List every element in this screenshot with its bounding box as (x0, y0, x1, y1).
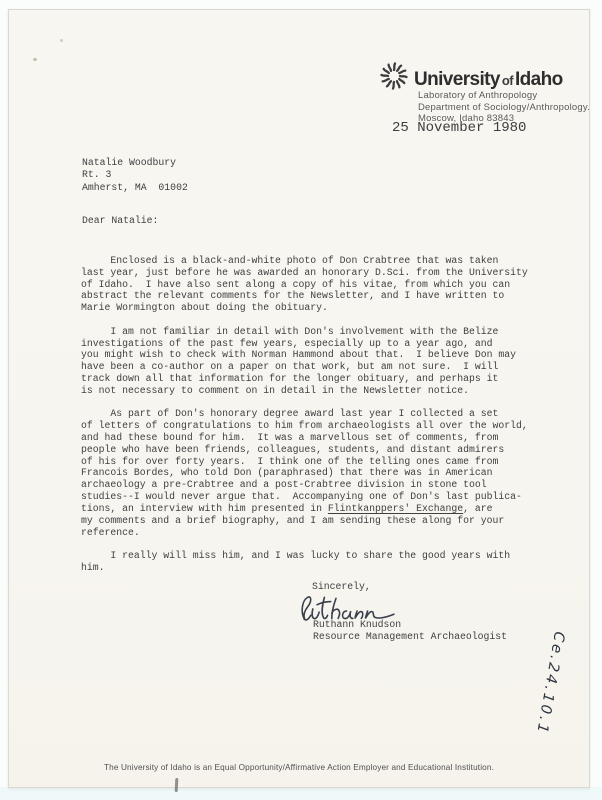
salutation: Dear Natalie: (82, 215, 158, 226)
sunburst-icon (377, 59, 411, 93)
signer-title: Resource Management Archaeologist (313, 631, 507, 642)
paragraph: As part of Don's honorary degree award l… (81, 408, 559, 538)
letter-date: 25 November 1980 (392, 120, 526, 136)
wordmark-of: of (502, 73, 513, 88)
wordmark-university: University (414, 69, 500, 90)
paragraph: I really will miss him, and I was lucky … (81, 550, 559, 574)
paper-speck (60, 39, 63, 42)
signer-name: Ruthann Knudson (313, 619, 401, 630)
letter-body: Enclosed is a black-and-white photo of D… (81, 255, 559, 585)
paragraph: Enclosed is a black-and-white photo of D… (81, 255, 559, 314)
paper-speck (33, 58, 37, 61)
footer-disclaimer: The University of Idaho is an Equal Oppo… (9, 763, 589, 772)
scanned-letter: The University of Idaho is an Equal Oppo… (0, 0, 602, 800)
wordmark-idaho: Idaho (515, 69, 563, 90)
recipient-address: Natalie Woodbury Rt. 3 Amherst, MA 01002 (82, 157, 188, 194)
signature-block: Ruthann Knudson Resource Management Arch… (313, 619, 507, 643)
university-wordmark: UniversityofIdaho (414, 69, 563, 91)
scan-background-strip (0, 787, 602, 800)
paragraph: I am not familiar in detail with Don's i… (81, 326, 559, 397)
closing-sincerely: Sincerely, (312, 581, 371, 592)
